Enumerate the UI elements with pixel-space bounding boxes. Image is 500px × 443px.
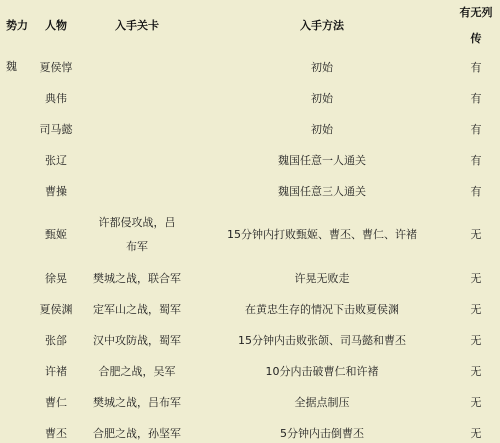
character-cell: 张郃 (30, 325, 82, 356)
character-cell: 许褚 (30, 356, 82, 387)
method-cell: 15分钟内击败张颌、司马懿和曹丕 (192, 325, 452, 356)
method-cell: 初始 (192, 114, 452, 145)
table-row: 典伟 初始 有 (0, 83, 500, 114)
header-stage: 入手关卡 (82, 0, 192, 52)
biography-cell: 无 (452, 356, 500, 387)
faction-cell: 魏 (0, 52, 30, 443)
character-cell: 曹操 (30, 176, 82, 207)
stage-cell (82, 83, 192, 114)
stage-cell (82, 114, 192, 145)
character-cell: 张辽 (30, 145, 82, 176)
method-cell: 魏国任意三人通关 (192, 176, 452, 207)
stage-cell (82, 52, 192, 83)
header-row: 势力 人物 入手关卡 入手方法 有无列传 (0, 0, 500, 52)
header-faction: 势力 (0, 0, 30, 52)
stage-cell: 樊城之战，联合军 (82, 263, 192, 294)
biography-cell: 无 (452, 207, 500, 263)
biography-cell: 无 (452, 387, 500, 418)
table-row: 甄姬 许都侵攻战，吕布军 15分钟内打败甄姬、曹丕、曹仁、许褚 无 (0, 207, 500, 263)
biography-cell: 有 (452, 83, 500, 114)
character-cell: 徐晃 (30, 263, 82, 294)
character-cell: 夏侯惇 (30, 52, 82, 83)
table-row: 徐晃 樊城之战，联合军 许晃无败走 无 (0, 263, 500, 294)
biography-cell: 有 (452, 176, 500, 207)
character-cell: 夏侯渊 (30, 294, 82, 325)
biography-cell: 有 (452, 114, 500, 145)
stage-cell: 樊城之战，吕布军 (82, 387, 192, 418)
method-cell: 15分钟内打败甄姬、曹丕、曹仁、许褚 (192, 207, 452, 263)
character-cell: 甄姬 (30, 207, 82, 263)
table-row: 司马懿 初始 有 (0, 114, 500, 145)
table-row: 张郃 汉中攻防战，蜀军 15分钟内击败张颌、司马懿和曹丕 无 (0, 325, 500, 356)
table-row: 许褚 合肥之战，吴军 10分内击破曹仁和许褚 无 (0, 356, 500, 387)
stage-cell: 合肥之战，孙坚军 (82, 418, 192, 443)
method-cell: 魏国任意一人通关 (192, 145, 452, 176)
header-method: 入手方法 (192, 0, 452, 52)
biography-cell: 无 (452, 294, 500, 325)
header-character: 人物 (30, 0, 82, 52)
stage-cell (82, 145, 192, 176)
table-row: 夏侯渊 定军山之战，蜀军 在黄忠生存的情况下击败夏侯渊 无 (0, 294, 500, 325)
method-cell: 全据点制压 (192, 387, 452, 418)
character-unlock-table: 势力 人物 入手关卡 入手方法 有无列传 魏 夏侯惇 初始 有 典伟 初始 有 … (0, 0, 500, 443)
method-cell: 初始 (192, 52, 452, 83)
character-cell: 曹仁 (30, 387, 82, 418)
table-row: 魏 夏侯惇 初始 有 (0, 52, 500, 83)
method-cell: 初始 (192, 83, 452, 114)
biography-cell: 有 (452, 52, 500, 83)
stage-cell: 许都侵攻战，吕布军 (82, 207, 192, 263)
biography-cell: 无 (452, 263, 500, 294)
stage-cell: 定军山之战，蜀军 (82, 294, 192, 325)
table-row: 曹丕 合肥之战，孙坚军 5分钟内击倒曹丕 无 (0, 418, 500, 443)
header-biography: 有无列传 (452, 0, 500, 52)
stage-cell: 合肥之战，吴军 (82, 356, 192, 387)
method-cell: 许晃无败走 (192, 263, 452, 294)
table-row: 曹操 魏国任意三人通关 有 (0, 176, 500, 207)
stage-cell (82, 176, 192, 207)
table-row: 曹仁 樊城之战，吕布军 全据点制压 无 (0, 387, 500, 418)
method-cell: 5分钟内击倒曹丕 (192, 418, 452, 443)
table-row: 张辽 魏国任意一人通关 有 (0, 145, 500, 176)
character-cell: 司马懿 (30, 114, 82, 145)
biography-cell: 有 (452, 145, 500, 176)
stage-cell: 汉中攻防战，蜀军 (82, 325, 192, 356)
character-cell: 典伟 (30, 83, 82, 114)
biography-cell: 无 (452, 418, 500, 443)
biography-cell: 无 (452, 325, 500, 356)
method-cell: 10分内击破曹仁和许褚 (192, 356, 452, 387)
method-cell: 在黄忠生存的情况下击败夏侯渊 (192, 294, 452, 325)
character-cell: 曹丕 (30, 418, 82, 443)
